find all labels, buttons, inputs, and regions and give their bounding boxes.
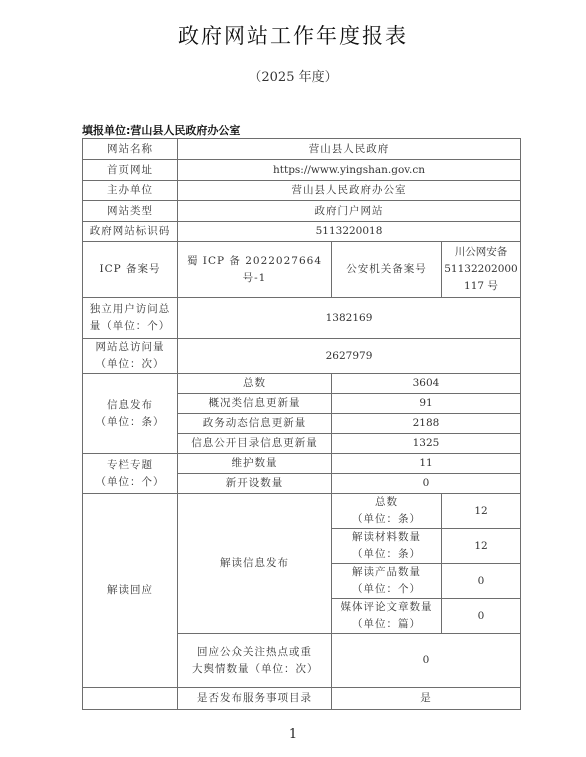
columns-label-line1: 专栏专题 [85, 457, 175, 474]
interp-row-label-line2: （单位：篇） [334, 616, 439, 633]
empty-cell [83, 688, 178, 710]
interp-row-label-line1: 总数 [334, 494, 439, 511]
table-row: 网站名称 营山县人民政府 [83, 139, 521, 160]
info-pub-row-label: 概况类信息更新量 [178, 394, 332, 414]
interp-row-label: 总数 （单位：条） [332, 494, 442, 529]
columns-row-value: 11 [332, 454, 521, 474]
unique-visitors-label: 独立用户访问总量（单位：个） [83, 298, 178, 339]
report-year: （2025 年度） [0, 66, 586, 85]
interp-row-value: 12 [442, 529, 521, 564]
service-catalog-value: 是 [332, 688, 521, 710]
info-pub-row-value: 3604 [332, 374, 521, 394]
info-pub-row-label: 政务动态信息更新量 [178, 414, 332, 434]
page-title: 政府网站工作年度报表 [0, 20, 586, 50]
info-pub-row-label: 信息公开目录信息更新量 [178, 434, 332, 454]
table-row: ICP 备案号 蜀 ICP 备 2022027664 号-1 公安机关备案号 川… [83, 242, 521, 298]
interp-row-value: 12 [442, 494, 521, 529]
site-type-label: 网站类型 [83, 201, 178, 222]
interp-row-label-line2: （单位：个） [334, 581, 439, 598]
columns-label: 专栏专题 （单位：个） [83, 454, 178, 494]
total-visits-value: 2627979 [178, 339, 521, 374]
police-label: 公安机关备案号 [332, 242, 442, 298]
police-value-line2: 51132202000 [444, 261, 518, 278]
interp-row-label: 解读产品数量 （单位：个） [332, 564, 442, 599]
table-row: 网站总访问量（单位：次） 2627979 [83, 339, 521, 374]
sponsor-value: 营山县人民政府办公室 [178, 181, 521, 201]
icp-value: 蜀 ICP 备 2022027664 号-1 [178, 242, 332, 298]
columns-label-line2: （单位：个） [85, 474, 175, 491]
response-value: 0 [332, 634, 521, 688]
interp-row-label-line2: （单位：条） [334, 511, 439, 528]
site-name-label: 网站名称 [83, 139, 178, 160]
service-catalog-label: 是否发布服务事项目录 [178, 688, 332, 710]
site-id-label: 政府网站标识码 [83, 222, 178, 242]
total-visits-label: 网站总访问量（单位：次） [83, 339, 178, 374]
icp-label: ICP 备案号 [83, 242, 178, 298]
unique-visitors-value: 1382169 [178, 298, 521, 339]
interp-row-label-line1: 解读材料数量 [334, 529, 439, 546]
info-pub-label: 信息发布 （单位：条） [83, 374, 178, 454]
police-value: 川公网安备 51132202000 117 号 [442, 242, 521, 298]
table-row: 网站类型 政府门户网站 [83, 201, 521, 222]
response-label: 回应公众关注热点或重大舆情数量（单位：次） [178, 634, 332, 688]
page-number: 1 [0, 727, 586, 742]
info-pub-row-value: 1325 [332, 434, 521, 454]
columns-row-label: 新开设数量 [178, 474, 332, 494]
interp-row-label-line2: （单位：条） [334, 546, 439, 563]
interp-row-value: 0 [442, 599, 521, 634]
info-pub-row-label: 总数 [178, 374, 332, 394]
table-row: 独立用户访问总量（单位：个） 1382169 [83, 298, 521, 339]
interpretation-sub-label: 解读信息发布 [178, 494, 332, 634]
sponsor-label: 主办单位 [83, 181, 178, 201]
table-row: 信息发布 （单位：条） 总数 3604 [83, 374, 521, 394]
columns-row-label: 维护数量 [178, 454, 332, 474]
table-row: 是否发布服务事项目录 是 [83, 688, 521, 710]
site-type-value: 政府门户网站 [178, 201, 521, 222]
interp-row-label-line1: 解读产品数量 [334, 564, 439, 581]
report-table: 网站名称 营山县人民政府 首页网址 https://www.yingshan.g… [82, 138, 521, 710]
interp-row-label: 解读材料数量 （单位：条） [332, 529, 442, 564]
homepage-value: https://www.yingshan.gov.cn [178, 160, 521, 181]
table-row: 首页网址 https://www.yingshan.gov.cn [83, 160, 521, 181]
info-pub-label-line1: 信息发布 [85, 397, 175, 414]
info-pub-row-value: 91 [332, 394, 521, 414]
info-pub-label-line2: （单位：条） [85, 414, 175, 431]
table-row: 专栏专题 （单位：个） 维护数量 11 [83, 454, 521, 474]
interp-row-label-line1: 媒体评论文章数量 [334, 599, 439, 616]
interp-row-label: 媒体评论文章数量 （单位：篇） [332, 599, 442, 634]
police-value-line3: 117 号 [444, 278, 518, 295]
interp-row-value: 0 [442, 564, 521, 599]
columns-row-value: 0 [332, 474, 521, 494]
info-pub-row-value: 2188 [332, 414, 521, 434]
interpretation-label: 解读回应 [83, 494, 178, 688]
table-row: 政府网站标识码 5113220018 [83, 222, 521, 242]
table-row: 主办单位 营山县人民政府办公室 [83, 181, 521, 201]
filing-unit: 填报单位:营山县人民政府办公室 [82, 122, 240, 138]
homepage-label: 首页网址 [83, 160, 178, 181]
site-name-value: 营山县人民政府 [178, 139, 521, 160]
site-id-value: 5113220018 [178, 222, 521, 242]
table-row: 解读回应 解读信息发布 总数 （单位：条） 12 [83, 494, 521, 529]
police-value-line1: 川公网安备 [444, 244, 518, 261]
